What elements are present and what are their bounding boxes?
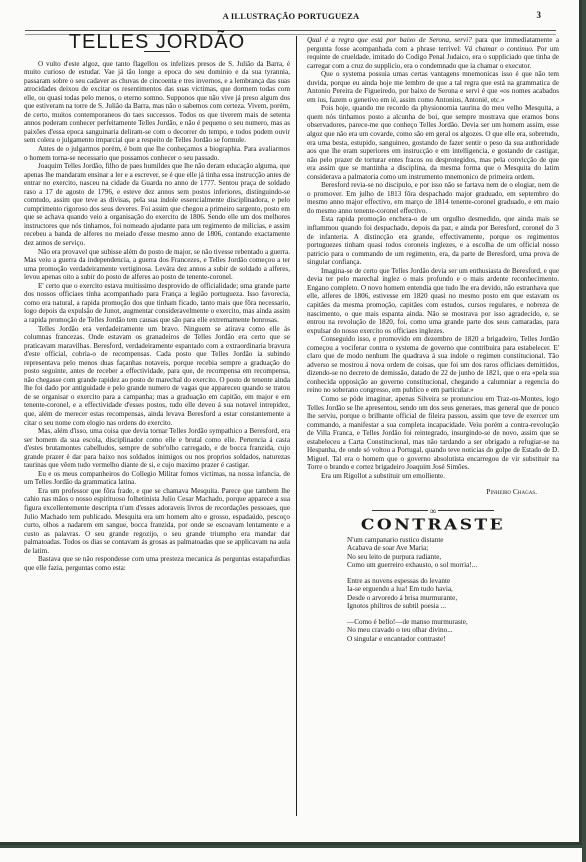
paragraph: Joaquim Telles Jordão, filho de paes hum… <box>24 162 290 247</box>
next-page-edge <box>0 848 582 862</box>
paragraph: Mas, além d'isso, uma coisa que devia to… <box>24 427 290 470</box>
poem-title: CONTRASTE <box>307 521 559 529</box>
paragraph: Qual é a regra que está por baixo de Ser… <box>307 36 559 70</box>
section-ornament: ∞ <box>307 507 559 515</box>
paragraph: Eu e os meus companheiros do Collegio Mi… <box>24 470 290 487</box>
italic-question: Qual é a regra que está por baixo de Ser… <box>307 36 472 44</box>
stanza: —Como é bello!—de manso murmuraste, No m… <box>347 618 559 644</box>
paragraph: Imagina-se de certo que Telles Jordão de… <box>307 267 559 335</box>
verse: No meu cravado o teu olhar divino... <box>347 626 559 635</box>
ornament-line <box>372 510 428 511</box>
paragraph: Esta rapida promoção enchera-o de um org… <box>307 215 559 266</box>
paragraph: Antes de o julgarmos porém, é bom que lh… <box>24 145 290 162</box>
paragraph: Não era provavel que subisse além do pos… <box>24 248 290 282</box>
paragraph: Era um Rigollot a substituir um emollien… <box>307 472 559 481</box>
paragraph: O vulto d'este algoz, que tanto flagello… <box>24 60 290 145</box>
verse: Acabava de soar Ave Maria; <box>347 544 559 553</box>
author-signature: Pinheiro Chagas. <box>307 488 537 497</box>
paragraph: Beresford revia-se no discipulo, e por i… <box>307 181 559 215</box>
paragraph: E' certo que o exercito estava muitissim… <box>24 282 290 325</box>
stanza: Entre as nuvens espessas do levante Ia-s… <box>347 577 559 611</box>
newspaper-page: A ILLUSTRAÇÃO PORTUGUEZA 3 TELLES JORDÃO… <box>0 0 582 845</box>
publication-header: A ILLUSTRAÇÃO PORTUGUEZA <box>0 11 582 21</box>
stanza: N'um campanario rustico distante Acabava… <box>347 536 559 570</box>
verse: Desde o arvoredo á brisa murmurante, <box>347 594 559 603</box>
verse: Ia-se erguendo a lua! Em tudo havia, <box>347 585 559 594</box>
verse: O singular e encantador contraste! <box>347 635 559 644</box>
paragraph: Que o systema possuia umas certas vantag… <box>307 70 559 104</box>
paragraph: Telles Jordão era verdadeiramente um bra… <box>24 325 290 428</box>
verse: —Como é bello!—de manso murmuraste, <box>347 618 559 627</box>
verse: No seu leito de purpura radiante, <box>347 553 559 562</box>
verse: Como um guerreiro exhausto, o sol morria… <box>347 561 559 570</box>
poem: N'um campanario rustico distante Acabava… <box>347 536 559 644</box>
verse: Ignotos philtros de subtil poesia ... <box>347 602 559 611</box>
column-divider <box>296 36 297 816</box>
paragraph: Bastava que se não respondesse com uma p… <box>24 555 290 572</box>
page-number: 3 <box>537 10 542 20</box>
verse: Entre as nuvens espessas do levante <box>347 577 559 586</box>
left-column: TELLES JORDÃO O vulto d'este algoz, que … <box>24 36 290 572</box>
paragraph: Como se póde imaginar, apenas Silveira s… <box>307 395 559 472</box>
article-title: TELLES JORDÃO <box>24 38 290 47</box>
ornament-line <box>438 510 494 511</box>
right-column: Qual é a regra que está por baixo de Ser… <box>307 36 559 650</box>
verse: N'um campanario rustico distante <box>347 536 559 545</box>
ornament-loops-icon: ∞ <box>430 507 436 515</box>
paragraph: Conseguido isso, e promovido em dezembro… <box>307 335 559 395</box>
paragraph: Pois hoje, quando me recordo da physiono… <box>307 104 559 181</box>
italic-phrase: Vá chamar o continuo. <box>464 45 533 53</box>
paragraph: Era um professor que fôra frade, e que s… <box>24 487 290 555</box>
